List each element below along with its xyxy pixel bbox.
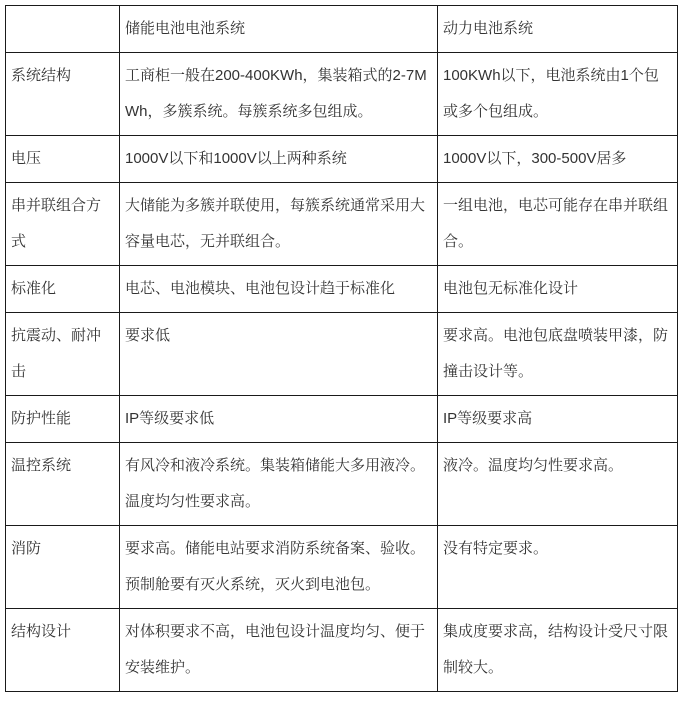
table-row: 消防 要求高。储能电站要求消防系统备案、验收。预制舱要有灭火系统，灭火到电池包。… xyxy=(6,526,678,609)
storage-cell: 大储能为多簇并联使用，每簇系统通常采用大容量电芯，无并联组合。 xyxy=(120,183,438,266)
power-cell: IP等级要求高 xyxy=(438,396,678,443)
battery-comparison-table: 储能电池电池系统 动力电池系统 系统结构 工商柜一般在200-400KWh，集装… xyxy=(5,5,678,692)
power-cell: 一组电池，电芯可能存在串并联组合。 xyxy=(438,183,678,266)
table-body: 系统结构 工商柜一般在200-400KWh，集装箱式的2-7MWh，多簇系统。每… xyxy=(6,53,678,692)
power-cell: 要求高。电池包底盘喷装甲漆，防撞击设计等。 xyxy=(438,313,678,396)
power-cell: 没有特定要求。 xyxy=(438,526,678,609)
header-empty-cell xyxy=(6,6,120,53)
storage-cell: 要求高。储能电站要求消防系统备案、验收。预制舱要有灭火系统，灭火到电池包。 xyxy=(120,526,438,609)
power-cell: 电池包无标准化设计 xyxy=(438,266,678,313)
row-label: 温控系统 xyxy=(6,443,120,526)
storage-cell: 1000V以下和1000V以上两种系统 xyxy=(120,136,438,183)
storage-cell: IP等级要求低 xyxy=(120,396,438,443)
row-label: 结构设计 xyxy=(6,609,120,692)
page: 储能电池电池系统 动力电池系统 系统结构 工商柜一般在200-400KWh，集装… xyxy=(0,0,682,704)
header-storage-system: 储能电池电池系统 xyxy=(120,6,438,53)
power-cell: 液冷。温度均匀性要求高。 xyxy=(438,443,678,526)
header-row: 储能电池电池系统 动力电池系统 xyxy=(6,6,678,53)
storage-cell: 对体积要求不高，电池包设计温度均匀、便于安装维护。 xyxy=(120,609,438,692)
row-label: 防护性能 xyxy=(6,396,120,443)
row-label: 串并联组合方式 xyxy=(6,183,120,266)
row-label: 电压 xyxy=(6,136,120,183)
table-row: 防护性能 IP等级要求低 IP等级要求高 xyxy=(6,396,678,443)
power-cell: 集成度要求高，结构设计受尺寸限制较大。 xyxy=(438,609,678,692)
table-row: 温控系统 有风冷和液冷系统。集装箱储能大多用液冷。温度均匀性要求高。 液冷。温度… xyxy=(6,443,678,526)
header-power-system: 动力电池系统 xyxy=(438,6,678,53)
table-row: 结构设计 对体积要求不高，电池包设计温度均匀、便于安装维护。 集成度要求高，结构… xyxy=(6,609,678,692)
row-label: 消防 xyxy=(6,526,120,609)
storage-cell: 电芯、电池模块、电池包设计趋于标准化 xyxy=(120,266,438,313)
row-label: 标准化 xyxy=(6,266,120,313)
table-row: 抗震动、耐冲击 要求低 要求高。电池包底盘喷装甲漆，防撞击设计等。 xyxy=(6,313,678,396)
storage-cell: 工商柜一般在200-400KWh，集装箱式的2-7MWh，多簇系统。每簇系统多包… xyxy=(120,53,438,136)
row-label: 抗震动、耐冲击 xyxy=(6,313,120,396)
table-row: 串并联组合方式 大储能为多簇并联使用，每簇系统通常采用大容量电芯，无并联组合。 … xyxy=(6,183,678,266)
row-label: 系统结构 xyxy=(6,53,120,136)
table-row: 标准化 电芯、电池模块、电池包设计趋于标准化 电池包无标准化设计 xyxy=(6,266,678,313)
table-row: 电压 1000V以下和1000V以上两种系统 1000V以下，300-500V居… xyxy=(6,136,678,183)
power-cell: 100KWh以下，电池系统由1个包或多个包组成。 xyxy=(438,53,678,136)
storage-cell: 有风冷和液冷系统。集装箱储能大多用液冷。温度均匀性要求高。 xyxy=(120,443,438,526)
power-cell: 1000V以下，300-500V居多 xyxy=(438,136,678,183)
storage-cell: 要求低 xyxy=(120,313,438,396)
table-header: 储能电池电池系统 动力电池系统 xyxy=(6,6,678,53)
table-row: 系统结构 工商柜一般在200-400KWh，集装箱式的2-7MWh，多簇系统。每… xyxy=(6,53,678,136)
